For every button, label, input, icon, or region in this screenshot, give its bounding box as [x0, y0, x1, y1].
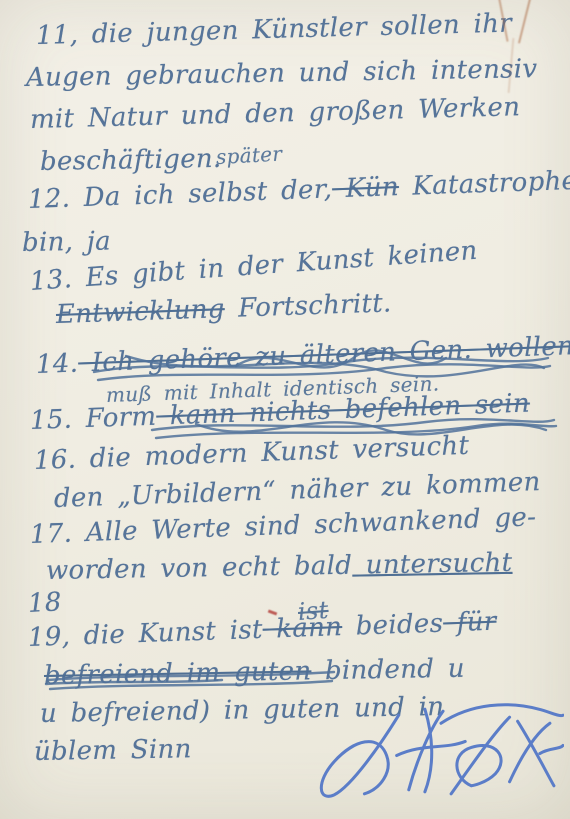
handwritten-text: 15. Form: [29, 402, 156, 436]
handwritten-line-11a: 11, die jungen Künstler sollen ihr: [36, 10, 513, 51]
struck-text: Entwicklung: [55, 294, 225, 330]
handwritten-line-12b: bin, ja: [22, 227, 111, 257]
handwritten-text: üblem Sinn: [34, 734, 192, 767]
struck-text: für: [443, 607, 497, 639]
handwritten-text: bin, ja: [22, 226, 111, 258]
stain-mark: [518, 0, 532, 43]
handwritten-line-11d: beschäftigen.: [40, 145, 222, 177]
scribble-strikethrough-14: [86, 338, 558, 396]
inserted-word-spaeter: später: [215, 143, 282, 168]
scribble-strikethrough-15: [146, 400, 560, 452]
handwritten-text: worden von echt bald: [46, 551, 353, 586]
struck-text: Kün: [332, 172, 400, 204]
handwritten-line-18: 18: [27, 588, 62, 618]
signature: [312, 692, 564, 810]
handwritten-line-19a: 19, die Kunst ist kann beides für: [28, 608, 497, 653]
manuscript-page: 11, die jungen Künstler sollen ihr Augen…: [0, 0, 570, 819]
handwritten-text: später: [215, 142, 282, 169]
handwritten-line-19d: üblem Sinn: [34, 735, 192, 766]
handwritten-line-13b: Entwicklung Fortschritt.: [56, 289, 392, 329]
handwritten-text: beides: [342, 609, 444, 643]
handwritten-text: 19, die Kunst ist: [27, 615, 263, 653]
underlined-text: untersucht: [352, 548, 513, 581]
handwritten-text: beschäftigen.: [40, 144, 222, 177]
handwritten-text: Katastrophe’: [398, 166, 570, 203]
handwritten-line-11c: mit Natur und den großen Werken: [30, 93, 521, 134]
handwritten-line-17b: worden von echt bald untersucht: [46, 549, 513, 586]
handwritten-text: 11, die jungen Künstler sollen ihr: [36, 9, 513, 51]
struck-text: kann: [262, 612, 343, 645]
handwritten-text: 18: [27, 587, 62, 619]
handwritten-text: 14.: [35, 349, 78, 380]
handwritten-text: Augen gebrauchen und sich intensiv: [26, 54, 538, 93]
handwritten-text: mit Natur und den großen Werken: [30, 92, 521, 135]
handwritten-line-11b: Augen gebrauchen und sich intensiv: [26, 55, 538, 93]
handwritten-text: 12. Da ich selbst der,: [27, 174, 332, 215]
handwritten-text: Fortschritt.: [224, 288, 392, 324]
scribble-strikethrough-19: [42, 656, 342, 702]
